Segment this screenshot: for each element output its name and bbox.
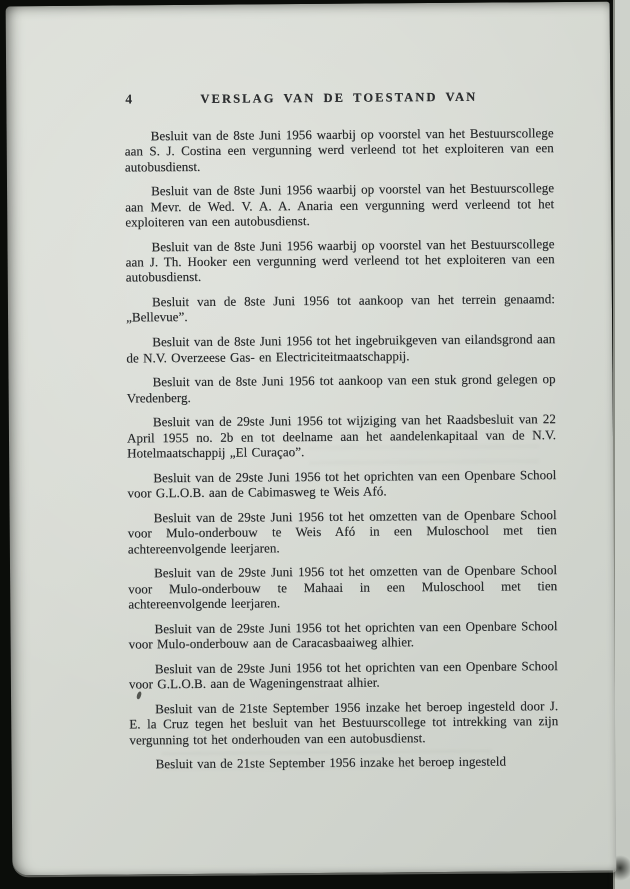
- paragraph: Besluit van de 8ste Juni 1956 tot aankoo…: [126, 291, 555, 325]
- paragraph: Besluit van de 29ste Juni 1956 tot het o…: [127, 467, 556, 501]
- body-text: Besluit van de 8ste Juni 1956 waarbij op…: [125, 125, 559, 772]
- paragraph: Besluit van de 29ste Juni 1956 tot het o…: [128, 507, 557, 556]
- paragraph: Besluit van de 21ste September 1956 inza…: [129, 753, 558, 772]
- paragraph: Besluit van de 29ste Juni 1956 tot het o…: [128, 562, 557, 611]
- paragraph: Besluit van de 29ste Juni 1956 tot het o…: [128, 618, 557, 652]
- paragraph: Besluit van de 29ste Juni 1956 tot het o…: [129, 658, 558, 692]
- book-page: 4 VERSLAG VAN DE TOESTAND VAN Besluit va…: [6, 2, 617, 876]
- paragraph: Besluit van de 29ste Juni 1956 tot wijzi…: [127, 412, 556, 461]
- paragraph: Besluit van de 8ste Juni 1956 waarbij op…: [125, 125, 554, 174]
- page-number: 4: [125, 91, 132, 107]
- page-content: 4 VERSLAG VAN DE TOESTAND VAN Besluit va…: [6, 2, 616, 773]
- running-header-title: VERSLAG VAN DE TOESTAND VAN: [124, 88, 553, 107]
- next-page-edge: [613, 0, 630, 889]
- paragraph: Besluit van de 8ste Juni 1956 tot aankoo…: [126, 371, 555, 405]
- paragraph: Besluit van de 8ste Juni 1956 waarbij op…: [125, 236, 554, 285]
- paragraph: Besluit van de 8ste Juni 1956 waarbij op…: [125, 180, 554, 229]
- paragraph: Besluit van de 8ste Juni 1956 tot het in…: [126, 331, 555, 365]
- scanned-book-page: 4 VERSLAG VAN DE TOESTAND VAN Besluit va…: [0, 0, 630, 889]
- paragraph: Besluit van de 21ste September 1956 inza…: [129, 698, 558, 747]
- running-header: 4 VERSLAG VAN DE TOESTAND VAN: [124, 88, 553, 107]
